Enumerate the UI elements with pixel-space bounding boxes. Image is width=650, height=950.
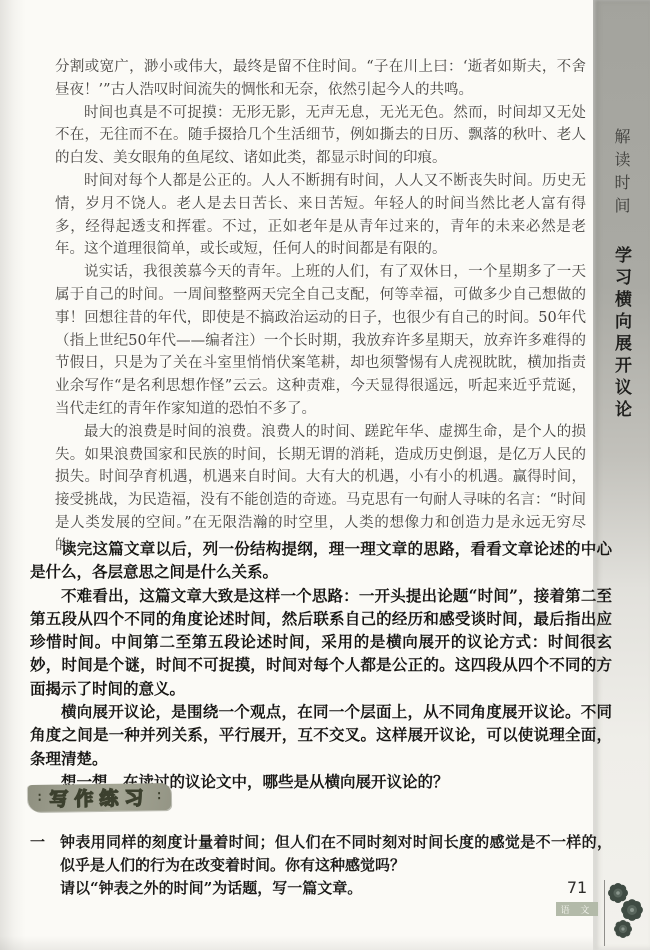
exercise-line: 请以“钟表之外的时间”为话题，写一篇文章。: [60, 877, 612, 900]
essay-paragraph: 分割或宽广，渺小或伟大，最终是留不住时间。“子在川上曰：‘逝者如斯夫，不舍昼夜！…: [55, 56, 586, 102]
banner-left-dots: ∶: [38, 792, 42, 805]
writing-practice-banner: ∶ 写作练习 ∶: [28, 783, 171, 812]
discussion-text-block: 读完这篇文章以后，列一份结构提纲，理一理文章的思路，看看文章论述的中心是什么，各…: [30, 537, 612, 793]
exercise-number: 一: [30, 831, 60, 900]
discussion-paragraph: 读完这篇文章以后，列一份结构提纲，理一理文章的思路，看看文章论述的中心是什么，各…: [30, 537, 612, 584]
unit-title: 解读时间: [610, 128, 633, 220]
essay-paragraph: 时间也真是不可捉摸：无形无影，无声无息，无光无色。然而，时间却又无处不在，无往而…: [55, 102, 586, 170]
exercise-line: 钟表用同样的刻度计量着时间；但人们在不同时刻对时间长度的感觉是不一样的，似乎是人…: [60, 831, 612, 877]
page-number: 71: [564, 878, 590, 897]
chapter-sidebar: 解读时间 学习横向展开议论: [593, 0, 650, 950]
exercise-item: 一 钟表用同样的刻度计量着时间；但人们在不同时刻对时间长度的感觉是不一样的，似乎…: [30, 831, 612, 900]
footer-divider: [604, 880, 605, 946]
essay-paragraph: 时间对每个人都是公正的。人人不断拥有时间，人人又不断丧失时间。历史无情，岁月不饶…: [55, 170, 586, 261]
essay-paragraph: 说实话，我很羡慕今天的青年。上班的人们，有了双休日，一个星期多了一天属于自己的时…: [55, 261, 586, 421]
textbook-page: 解读时间 学习横向展开议论 分割或宽广，渺小或伟大，最终是留不住时间。“子在川上…: [0, 0, 650, 950]
banner-right-dots: ∶: [157, 790, 161, 803]
page-left-edge-shadow: [0, 0, 26, 950]
lesson-title: 学习横向展开议论: [609, 246, 634, 422]
writing-practice-title: 写作练习: [49, 783, 149, 811]
flower-stamp-icon: [606, 882, 646, 948]
essay-text-block: 分割或宽广，渺小或伟大，最终是留不住时间。“子在川上曰：‘逝者如斯夫，不舍昼夜！…: [55, 56, 586, 558]
discussion-paragraph: 不难看出，这篇文章大致是这样一个思路：一开头提出论题“时间”，接着第二至第五段从…: [30, 584, 612, 700]
exercise-body: 钟表用同样的刻度计量着时间；但人们在不同时刻对时间长度的感觉是不一样的，似乎是人…: [60, 831, 612, 900]
subject-badge: 语 文: [556, 902, 598, 916]
discussion-paragraph: 横向展开议论，是围绕一个观点，在同一个层面上，从不同角度展开议论。不同角度之间是…: [30, 700, 612, 770]
page-bottom-edge-shadow: [0, 936, 650, 950]
